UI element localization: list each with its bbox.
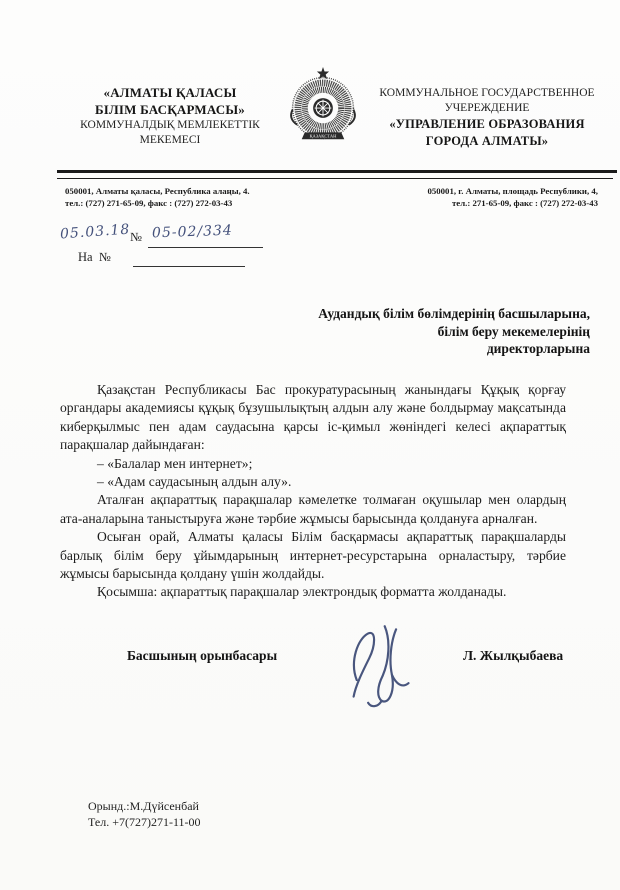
signature-svg — [340, 620, 418, 708]
paragraph-2: Аталған ақпараттық парақшалар кәмелетке … — [60, 491, 566, 528]
org-right-sub-line2: УЧЕРЕЖДЕНИЕ — [362, 101, 612, 116]
org-right-title-line1: «УПРАВЛЕНИЕ ОБРАЗОВАНИЯ — [362, 116, 612, 133]
kazakhstan-state-emblem-icon: ҚАЗАҚСТАН — [285, 64, 361, 146]
signer-position: Басшының орынбасары — [127, 648, 277, 664]
paragraph-1: Қазақстан Республикасы Бас прокуратурасы… — [60, 381, 566, 455]
addressee-line3: директорларына — [210, 340, 590, 358]
handwritten-date: 05.03.18 — [60, 222, 131, 243]
paragraph-3: Осыған орай, Алматы қаласы Білім басқарм… — [60, 528, 566, 583]
emblem-banner-text: ҚАЗАҚСТАН — [310, 134, 338, 139]
list-item-2: – «Адам саудасының алдын алу». — [60, 473, 566, 491]
reply-to-label: На № — [78, 250, 111, 265]
scanned-letter-page: «АЛМАТЫ ҚАЛАСЫ БІЛІМ БАСҚАРМАСЫ» КОММУНА… — [0, 0, 620, 890]
header-rule-thin — [57, 178, 613, 179]
org-left-title-line2: БІЛІМ БАСҚАРМАСЫ» — [52, 101, 288, 118]
signer-name: Л. Жылқыбаева — [463, 648, 563, 664]
org-block-russian: КОММУНАЛЬНОЕ ГОСУДАРСТВЕННОЕ УЧЕРЕЖДЕНИЕ… — [362, 86, 612, 150]
letter-body: Қазақстан Республикасы Бас прокуратурасы… — [60, 381, 566, 602]
address-russian-line2: тел.: 271-65-09, факс : (727) 272-03-43 — [358, 198, 598, 210]
org-left-title-line1: «АЛМАТЫ ҚАЛАСЫ — [52, 84, 288, 101]
emblem-svg: ҚАЗАҚСТАН — [285, 64, 361, 146]
list-item-1: – «Балалар мен интернет»; — [60, 455, 566, 473]
address-kazakh: 050001, Алматы қаласы, Республика алаңы,… — [65, 186, 315, 209]
reply-underline — [133, 266, 245, 267]
org-left-sub-line1: КОММУНАЛДЫҚ МЕМЛЕКЕТТІК — [52, 118, 288, 133]
addressee-block: Аудандық білім бөлімдерінің басшыларына,… — [210, 305, 590, 358]
address-russian-line1: 050001, г. Алматы, площадь Республики, 4… — [358, 186, 598, 198]
header-rule-thick — [57, 170, 617, 173]
org-left-sub-line2: МЕКЕМЕСІ — [52, 133, 288, 148]
executor-name: Орынд.:М.Дүйсенбай — [88, 799, 201, 815]
address-russian: 050001, г. Алматы, площадь Республики, 4… — [358, 186, 598, 209]
number-underline — [148, 247, 263, 248]
addressee-line1: Аудандық білім бөлімдерінің басшыларына, — [210, 305, 590, 323]
executor-phone: Тел. +7(727)271-11-00 — [88, 815, 201, 831]
executor-block: Орынд.:М.Дүйсенбай Тел. +7(727)271-11-00 — [88, 799, 201, 830]
paragraph-4: Қосымша: ақпараттық парақшалар электронд… — [60, 583, 566, 601]
handwritten-signature — [340, 620, 418, 708]
addressee-line2: білім беру мекемелерінің — [210, 323, 590, 341]
org-block-kazakh: «АЛМАТЫ ҚАЛАСЫ БІЛІМ БАСҚАРМАСЫ» КОММУНА… — [52, 84, 288, 148]
address-kazakh-line1: 050001, Алматы қаласы, Республика алаңы,… — [65, 186, 315, 198]
handwritten-outgoing-number: 05-02/334 — [152, 223, 233, 242]
address-kazakh-line2: тел.: (727) 271-65-09, факс : (727) 272-… — [65, 198, 315, 210]
org-right-sub-line1: КОММУНАЛЬНОЕ ГОСУДАРСТВЕННОЕ — [362, 86, 612, 101]
org-right-title-line2: ГОРОДА АЛМАТЫ» — [362, 133, 612, 150]
number-sign: № — [130, 230, 142, 245]
